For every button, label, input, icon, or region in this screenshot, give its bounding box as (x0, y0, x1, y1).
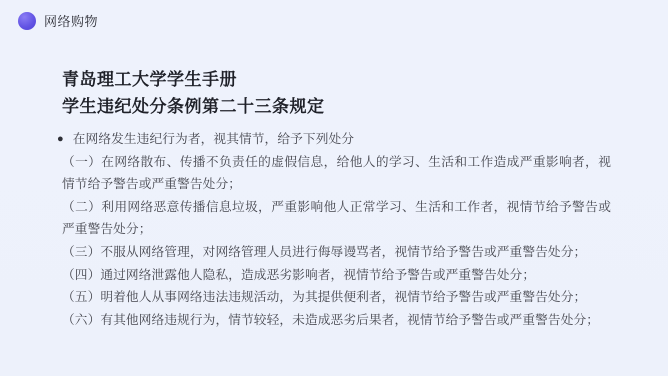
clause-2: （二）利用网络恶意传播信息垃圾，严重影响他人正常学习、生活和工作者，视情节给予警… (62, 196, 611, 241)
header-label: 网络购物 (44, 11, 98, 30)
slide-header: 网络购物 (18, 11, 98, 30)
clause-6: （六）有其他网络违规行为，情节较轻，未造成恶劣后果者，视情节给予警告或严重警告处… (62, 309, 611, 332)
title-line-2: 学生违纪处分条例第二十三条规定 (62, 93, 325, 120)
title-line-1: 青岛理工大学学生手册 (62, 66, 325, 93)
slide: 网络购物 青岛理工大学学生手册 学生违纪处分条例第二十三条规定 ● 在网络发生违… (0, 0, 668, 376)
bullet-item-text: 在网络发生违纪行为者，视其情节，给予下列处分 (73, 128, 354, 151)
page-title: 青岛理工大学学生手册 学生违纪处分条例第二十三条规定 (62, 66, 325, 120)
clause-1: （一）在网络散布、传播不负责任的虚假信息，给他人的学习、生活和工作造成严重影响者… (62, 151, 611, 196)
header-dot-icon (18, 12, 36, 30)
clause-5: （五）明着他人从事网络违法违规活动，为其提供便利者，视情节给予警告或严重警告处分… (62, 286, 611, 309)
body-text: ● 在网络发生违纪行为者，视其情节，给予下列处分 （一）在网络散布、传播不负责任… (62, 128, 611, 331)
bullet-dot-icon: ● (57, 128, 64, 151)
clause-4: （四）通过网络泄露他人隐私，造成恶劣影响者，视情节给予警告或严重警告处分； (62, 264, 611, 287)
clause-3: （三）不服从网络管理，对网络管理人员进行侮辱谩骂者，视情节给予警告或严重警告处分… (62, 241, 611, 264)
bullet-item: ● 在网络发生违纪行为者，视其情节，给予下列处分 (62, 128, 611, 151)
